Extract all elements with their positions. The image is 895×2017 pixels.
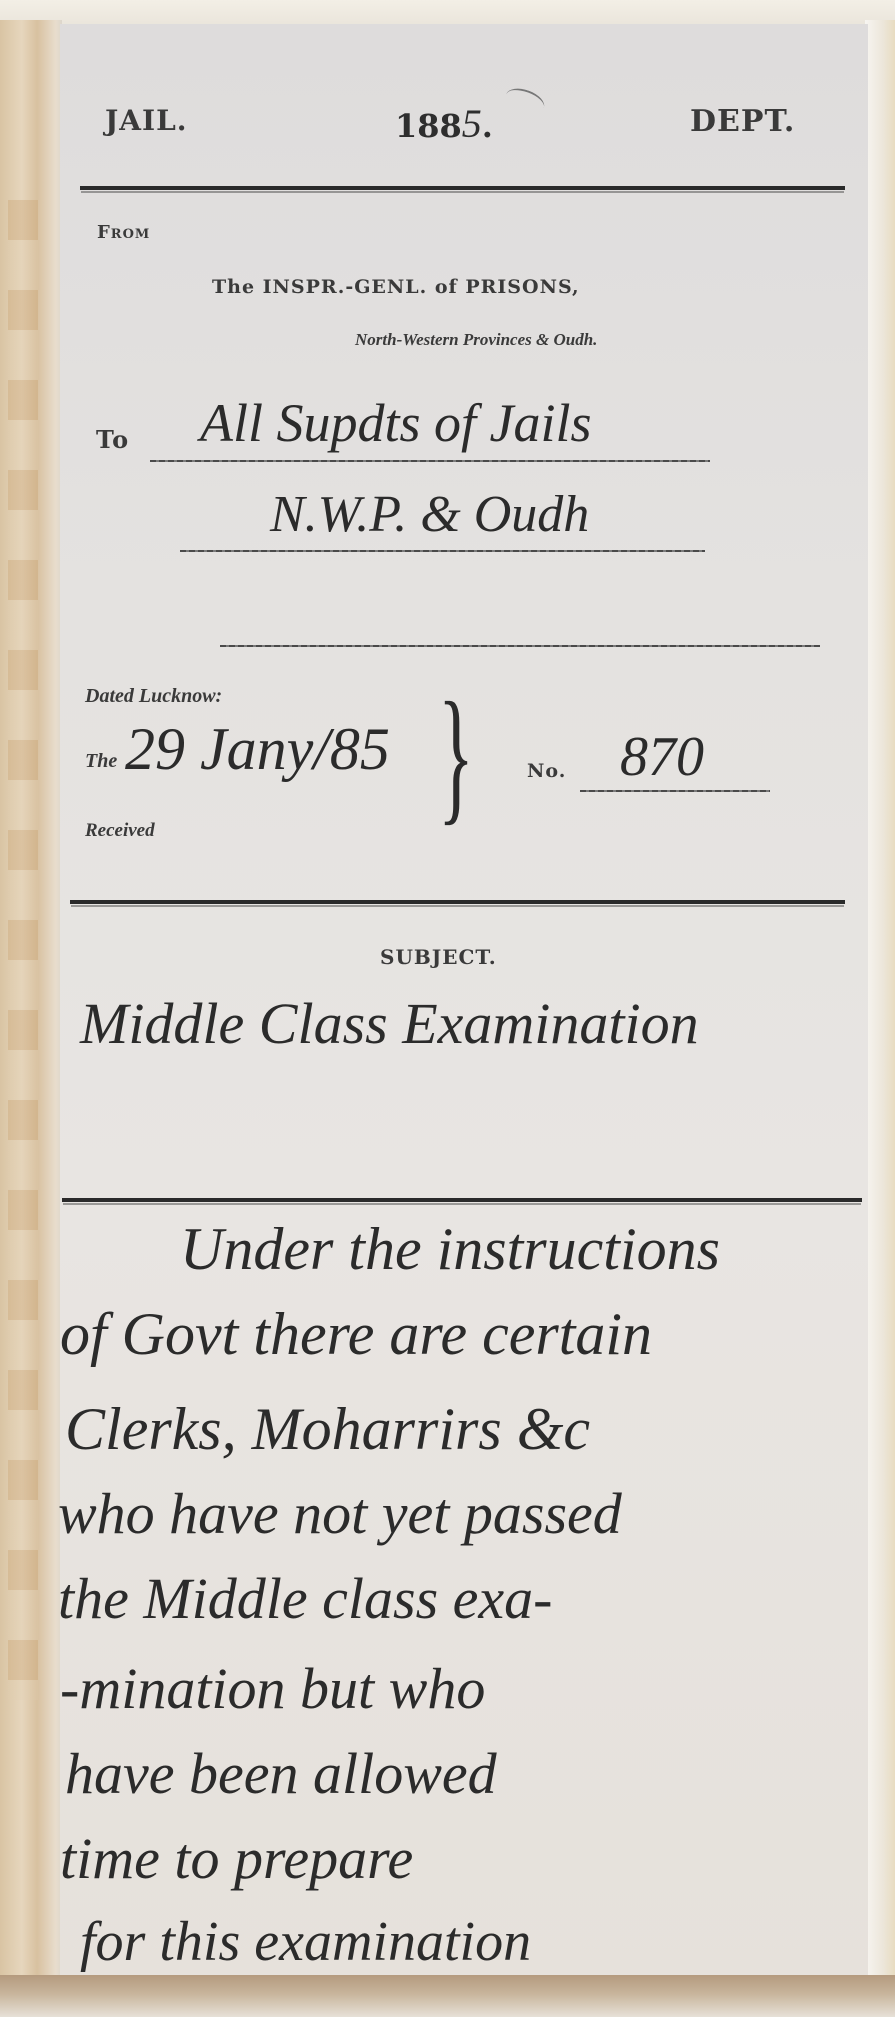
- year-suffix: .: [482, 107, 493, 145]
- from-office: The INSPR.-GENL. of PRISONS,: [212, 276, 580, 298]
- to-rule-3: [220, 645, 820, 647]
- department-label: JAIL.: [105, 104, 188, 137]
- body-line-1: Under the instructions: [180, 1215, 720, 1284]
- body-line-9: for this examination: [80, 1910, 531, 1974]
- from-region: North-Western Provinces & Oudh.: [355, 330, 597, 350]
- right-margin: [865, 20, 895, 2017]
- body-line-3: Clerks, Moharrirs &c: [65, 1395, 590, 1464]
- year-printed: 188: [395, 107, 462, 145]
- dated-the-label: The: [85, 750, 117, 773]
- dated-place-label: Dated Lucknow:: [85, 685, 222, 708]
- dated-rule: [70, 900, 845, 904]
- bottom-edge-stain: [0, 1975, 895, 2017]
- stained-left-margin: [0, 20, 62, 2017]
- body-line-7: have been allowed: [65, 1740, 497, 1807]
- number-rule: [580, 790, 770, 792]
- received-label: Received: [85, 820, 155, 842]
- body-line-8: time to prepare: [60, 1825, 413, 1892]
- body-line-5: the Middle class exa-: [58, 1565, 552, 1632]
- subject-rule: [62, 1198, 862, 1202]
- to-rule-2: [180, 550, 705, 552]
- year-field: 1885.: [395, 100, 493, 147]
- from-label: From: [97, 222, 150, 243]
- to-line-2: N.W.P. & Oudh: [270, 485, 589, 544]
- dept-label: DEPT.: [690, 104, 795, 139]
- body-line-2: of Govt there are certain: [60, 1300, 652, 1369]
- body-line-4: who have not yet passed: [58, 1480, 622, 1547]
- to-rule-1: [150, 460, 710, 462]
- to-label: To: [96, 425, 129, 454]
- subject-value: Middle Class Examination: [80, 990, 699, 1057]
- year-handwritten-digit: 5: [462, 101, 482, 146]
- number-value: 870: [620, 725, 704, 789]
- number-label: No.: [527, 760, 566, 782]
- body-line-6: -mination but who: [60, 1655, 485, 1722]
- subject-label: SUBJECT.: [380, 945, 497, 969]
- brace-bracket: }: [438, 680, 474, 830]
- header-rule: [80, 186, 845, 190]
- to-line-1: All Supdts of Jails: [200, 392, 592, 454]
- date-value: 29 Jany/85: [125, 715, 390, 784]
